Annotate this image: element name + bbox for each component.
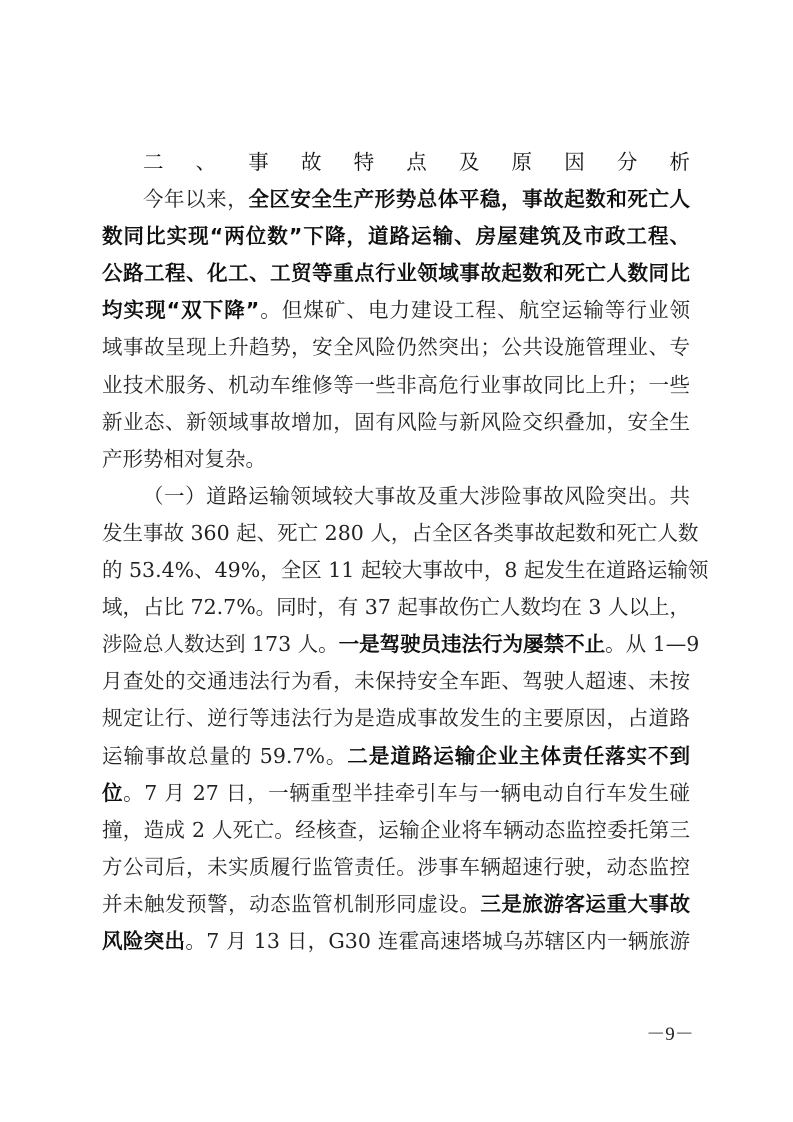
text-line: 月查处的交通违法行为看，未保持安全车距、驾驶人超速、未按 — [102, 663, 690, 700]
body-text-segment: （一）道路运输领域较大事故及重大涉险事故风险突出。共 — [143, 484, 690, 508]
text-line: 业技术服务、机动车维修等一些非高危行业事故同比上升；一些 — [102, 367, 690, 404]
text-line: 发生事故 360 起、死亡 280 人，占全区各类事故起数和死亡人数 — [102, 515, 690, 552]
text-line: 运输事故总量的 59.7%。二是道路运输企业主体责任落实不到 — [102, 738, 690, 775]
body-text-segment: 方公司后，未实质履行监管责任。涉事车辆超速行驶，动态监控 — [102, 855, 690, 879]
body-text-segment: 发生事故 360 起、死亡 280 人，占全区各类事故起数和死亡人数 — [102, 521, 698, 545]
text-line: 方公司后，未实质履行监管责任。涉事车辆超速行驶，动态监控 — [102, 849, 690, 886]
body-text-segment: 运输事故总量的 59.7%。 — [102, 744, 347, 768]
body-text-segment: 新业态、新领域事故增加，固有风险与新风险交织叠加，安全生 — [102, 410, 690, 434]
text-line: 均实现“双下降”。但煤矿、电力建设工程、航空运输等行业领 — [102, 292, 690, 329]
page-number: －9－ — [640, 1019, 700, 1046]
text-line: 新业态、新领域事故增加，固有风险与新风险交织叠加，安全生 — [102, 404, 690, 441]
body-text-segment: 涉险总人数达到 173 人。 — [102, 632, 339, 656]
emphasis-text: 一是驾驶员违法行为屡禁不止 — [339, 632, 606, 656]
text-line: 规定让行、逆行等违法行为是造成事故发生的主要原因，占道路 — [102, 700, 690, 737]
body-text-segment: 产形势相对复杂。 — [102, 447, 266, 471]
emphasis-text: 二是道路运输企业主体责任落实不到 — [347, 744, 690, 768]
emphasis-text: 三是旅游客运重大事故 — [480, 892, 690, 916]
body-text-segment: 的 53.4%、49%，全区 11 起较大事故中，8 起发生在道路运输领 — [102, 558, 708, 582]
document-page: 二、事故特点及原因分析 今年以来，全区安全生产形势总体平稳，事故起数和死亡人数同… — [0, 0, 793, 1122]
body-text-segment: 。7 月 13 日，G30 连霍高速塔城乌苏辖区内一辆旅游 — [185, 929, 690, 953]
text-line: 域事故呈现上升趋势，安全风险仍然突出；公共设施管理业、专 — [102, 329, 690, 366]
body-text-segment: 规定让行、逆行等违法行为是造成事故发生的主要原因，占道路 — [102, 706, 690, 730]
text-line: 今年以来，全区安全生产形势总体平稳，事故起数和死亡人 — [143, 181, 690, 218]
body-text-segment: 域，占比 72.7%。同时，有 37 起事故伤亡人数均在 3 人以上， — [102, 595, 690, 619]
emphasis-text: 均实现“双下降” — [102, 298, 259, 322]
text-line: 数同比实现“两位数”下降，道路运输、房屋建筑及市政工程、 — [102, 218, 690, 255]
emphasis-text: 数同比实现“两位数”下降，道路运输、房屋建筑及市政工程、 — [102, 224, 690, 248]
text-line: 的 53.4%、49%，全区 11 起较大事故中，8 起发生在道路运输领 — [102, 552, 690, 589]
body-text-segment: 。但煤矿、电力建设工程、航空运输等行业领 — [259, 298, 690, 322]
section-heading: 二、事故特点及原因分析 — [143, 144, 690, 181]
body-text-segment: 今年以来， — [143, 187, 248, 211]
body-text-segment: 撞，造成 2 人死亡。经核查，运输企业将车辆动态监控委托第三 — [102, 818, 690, 842]
body-text-segment: 域事故呈现上升趋势，安全风险仍然突出；公共设施管理业、专 — [102, 335, 690, 359]
text-line: 域，占比 72.7%。同时，有 37 起事故伤亡人数均在 3 人以上， — [102, 589, 690, 626]
text-line: 公路工程、化工、工贸等重点行业领域事故起数和死亡人数同比 — [102, 255, 690, 292]
body-text-segment: 业技术服务、机动车维修等一些非高危行业事故同比上升；一些 — [102, 373, 690, 397]
body-text-segment: 月查处的交通违法行为看，未保持安全车距、驾驶人超速、未按 — [102, 669, 690, 693]
body-text-segment: 。从 1—9 — [605, 632, 699, 656]
text-line: 风险突出。7 月 13 日，G30 连霍高速塔城乌苏辖区内一辆旅游 — [102, 923, 690, 960]
text-line: 撞，造成 2 人死亡。经核查，运输企业将车辆动态监控委托第三 — [102, 812, 690, 849]
body-text-segment: 。7 月 27 日，一辆重型半挂牵引车与一辆电动自行车发生碰 — [123, 781, 690, 805]
text-line: （一）道路运输领域较大事故及重大涉险事故风险突出。共 — [143, 478, 690, 515]
emphasis-text: 风险突出 — [102, 929, 185, 953]
emphasis-text: 位 — [102, 781, 123, 805]
text-line: 涉险总人数达到 173 人。一是驾驶员违法行为屡禁不止。从 1—9 — [102, 626, 690, 663]
emphasis-text: 全区安全生产形势总体平稳，事故起数和死亡人 — [248, 187, 690, 211]
text-line: 并未触发预警，动态监管机制形同虚设。三是旅游客运重大事故 — [102, 886, 690, 923]
body-text-segment: 并未触发预警，动态监管机制形同虚设。 — [102, 892, 480, 916]
emphasis-text: 公路工程、化工、工贸等重点行业领域事故起数和死亡人数同比 — [102, 261, 690, 285]
text-line: 位。7 月 27 日，一辆重型半挂牵引车与一辆电动自行车发生碰 — [102, 775, 690, 812]
text-line: 产形势相对复杂。 — [102, 441, 690, 478]
